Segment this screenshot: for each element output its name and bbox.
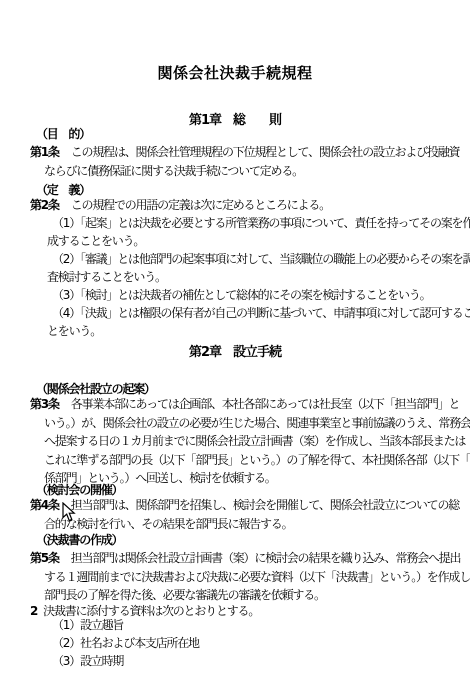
article-5-text: 担当部門は関係会社設立計画書（案）に検討会の結果を織り込み、常務会へ提出 xyxy=(71,551,461,565)
article-2: 第2条この規程での用語の定義は次に定めるところによる。 xyxy=(30,196,330,215)
article-4-text: 担当部門は、関係部門を招集し、検討会を開催して、関係会社設立についての総 xyxy=(71,498,459,512)
article-5: 第5条担当部門は関係会社設立計画書（案）に検討会の結果を織り込み、常務会へ提出 … xyxy=(30,549,470,605)
article-3-text: 各事業本部にあっては企画部、本社各部にあっては社長室（以下「担当部門」と xyxy=(71,397,460,411)
definition-item-4: （4）「決裁」とは権限の保有者が自己の判断に基づいて、申請事項に対して認可するこ xyxy=(47,304,470,322)
mouse-cursor-icon xyxy=(62,502,76,523)
article-1-text: この規程は、関係会社管理規程の下位規程として、関係会社の設立および投融資 xyxy=(71,145,460,159)
attachment-item-1: （1）設立趣旨 xyxy=(52,616,199,634)
section-label-approval-document: （決裁書の作成） xyxy=(36,531,122,548)
document-page: 関係会社決裁手続規程 第1章 総 則 （目 的） 第1条この規程は、関係会社管理… xyxy=(0,0,470,699)
article-3: 第3条各事業本部にあっては企画部、本社各部にあっては社長室（以下「担当部門」と … xyxy=(30,395,470,488)
definition-item-3: （3）「検討」とは決裁者の補佐として総体的にその案を検討することをいう。 xyxy=(47,286,470,304)
article-4-line: 第4条担当部門は、関係部門を招集し、検討会を開催して、関係会社設立についての総 xyxy=(30,496,459,515)
definition-item-list: （1）「起案」とは決裁を必要とする所管業務の事項について、責任を持ってその案を作… xyxy=(47,214,470,340)
article-1-line: 第1条この規程は、関係会社管理規程の下位規程として、関係会社の設立および投融資 xyxy=(30,143,459,162)
chapter-2-heading: 第2章 設立手続 xyxy=(0,341,470,360)
article-3-line: いう。）が、関係会社の設立の必要が生じた場合、関連事業室と事前協議のうえ、常務会 xyxy=(30,414,470,433)
section-label-purpose: （目 的） xyxy=(36,125,90,142)
article-2-line: 第2条この規程での用語の定義は次に定めるところによる。 xyxy=(30,196,330,215)
article-4: 第4条担当部門は、関係部門を招集し、検討会を開催して、関係会社設立についての総 … xyxy=(30,496,459,533)
article-5-line: する１週間前までに決裁書および決裁に必要な資料（以下「決裁書」という。）を作成し… xyxy=(30,568,470,587)
article-4-number: 第4条 xyxy=(30,498,59,512)
definition-item-2-cont: 査検討することをいう。 xyxy=(47,268,470,286)
article-1-line: ならびに債務保証に関する決裁手続について定める。 xyxy=(30,162,459,181)
article-1-number: 第1条 xyxy=(30,145,59,159)
article-5-number: 第5条 xyxy=(30,551,59,565)
article-1: 第1条この規程は、関係会社管理規程の下位規程として、関係会社の設立および投融資 … xyxy=(30,143,459,180)
article-2-number: 第2条 xyxy=(30,198,59,212)
document-title: 関係会社決裁手続規程 xyxy=(0,62,470,83)
definition-item-4-cont: とをいう。 xyxy=(47,322,470,340)
article-2-text: この規程での用語の定義は次に定めるところによる。 xyxy=(71,198,330,212)
article-3-line: 第3条各事業本部にあっては企画部、本社各部にあっては社長室（以下「担当部門」と xyxy=(30,395,470,414)
article-3-line: これに準ずる部門の長（以下「部門長」という。）の了解を得て、本社関係各部（以下「… xyxy=(30,451,470,470)
article-3-number: 第3条 xyxy=(30,397,59,411)
definition-item-2: （2）「審議」とは他部門の起案事項に対して、当該職位の職能上の必要からその案を調 xyxy=(47,250,470,268)
article-5-line: 第5条担当部門は関係会社設立計画書（案）に検討会の結果を織り込み、常務会へ提出 xyxy=(30,549,470,568)
definition-item-1-cont: 成することをいう。 xyxy=(47,232,470,250)
paragraph-2-number: 2 xyxy=(30,604,37,618)
attachment-item-3: （3）設立時期 xyxy=(52,652,199,670)
article-3-line: へ提案する日の１カ月前までに関係会社設立計画書（案）を作成し、当該本部長または xyxy=(30,432,470,451)
definition-item-1: （1）「起案」とは決裁を必要とする所管業務の事項について、責任を持ってその案を作 xyxy=(47,214,470,232)
attachment-item-list: （1）設立趣旨 （2）社名および本支店所在地 （3）設立時期 xyxy=(52,616,199,670)
attachment-item-2: （2）社名および本支店所在地 xyxy=(52,634,199,652)
